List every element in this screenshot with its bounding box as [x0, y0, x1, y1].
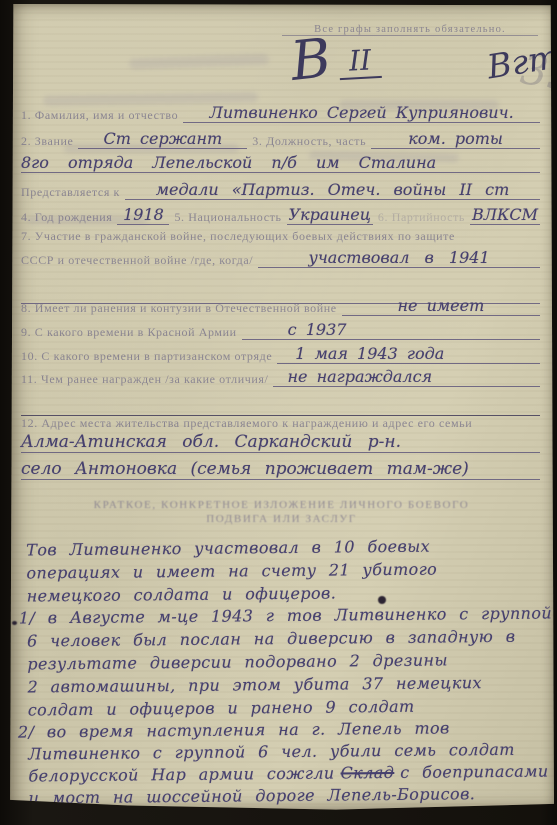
feat-text: солдат и офицеров и ранено 9 солдат	[28, 697, 415, 720]
field-row-war-participation-value: СССР и отечественной войне /где, когда/ …	[21, 246, 540, 268]
field-value: участвовал в 1941	[258, 248, 540, 268]
field-row-partisan-since: 10. С какого времени в партизанском отря…	[21, 342, 540, 364]
field-row-wounds: 8. Имеет ли ранения и контузии в Отечест…	[21, 294, 540, 316]
field-label: Представляется к	[21, 185, 120, 200]
crossed-out-word: Склад	[340, 763, 394, 783]
feat-text: 1/ в Августе м-це 1943 г тов Литвиненко …	[19, 603, 552, 627]
field-row-previous-awards: 11. Чем ранее награжден /за какие отличи…	[21, 365, 540, 387]
feat-text: результате диверсии подорвано 2 дрезины	[27, 650, 448, 673]
field-label: 10. С какого времени в партизанском отря…	[21, 349, 272, 364]
field-label: 2. Звание	[21, 134, 73, 149]
feat-line-with-strike: белорусской Нар армии сожглиСкладс боепр…	[28, 761, 551, 785]
field-label: 9. С какого времени в Красной Армии	[21, 325, 237, 340]
ink-blot	[378, 596, 386, 604]
feat-line: 6 человек был послан на диверсию в запад…	[27, 626, 550, 650]
field-value: 1 мая 1943 года	[277, 344, 540, 364]
feat-line: Тов Литвиненко участвовал в 10 боевых	[26, 535, 549, 559]
feat-text: операциях и имеет на счету 21 убитого	[26, 560, 437, 583]
feat-text: немецкого солдата и офицеров.	[27, 584, 337, 606]
feat-line: 2/ во время наступления на г. Лепель тов	[18, 717, 551, 741]
feat-line: Литвиненко с группой 6 чел. убили семь с…	[28, 739, 551, 763]
field-value: 8го отряда Лепельской п/б им Сталина	[21, 153, 540, 173]
field-label: СССР и отечественной войне /где, когда/	[21, 253, 253, 268]
field-label: 3. Должность, часть	[252, 134, 366, 149]
feat-line: немецкого солдата и офицеров.	[27, 581, 550, 605]
feat-text: белорусской Нар армии сожгли	[28, 764, 334, 786]
feat-line: операциях и имеет на счету 21 убитого	[26, 558, 549, 582]
feat-line: 1/ в Августе м-це 1943 г тов Литвиненко …	[19, 603, 550, 627]
feat-heading-line1: КРАТКОЕ, КОНКРЕТНОЕ ИЗЛОЖЕНИЕ ЛИЧНОГО БО…	[9, 499, 554, 511]
field-row-address-line1: Алма-Атинская обл. Саркандский р-н.	[21, 427, 540, 453]
field-value: не имеет	[342, 296, 540, 316]
field-value: село Антоновка (семья проживает там-же)	[21, 459, 540, 480]
field-label: 7. Участие в гражданской войне, последую…	[21, 229, 455, 244]
field-value: Ст сержант	[78, 129, 247, 149]
field-value: с 1937	[242, 320, 540, 340]
handwritten-grade-numeral: II	[338, 43, 382, 80]
field-label: 8. Имеет ли ранения и контузии в Отечест…	[21, 301, 337, 316]
field-row-address-line2: село Антоновка (семья проживает там-же)	[21, 454, 540, 480]
field-value: не награждался	[273, 367, 540, 387]
field-value: Алма-Атинская обл. Саркандский р-н.	[21, 432, 540, 453]
feat-text: 6 человек был послан на диверсию в запад…	[27, 627, 515, 651]
feat-text: Тов Литвиненко участвовал в 10 боевых	[26, 537, 430, 560]
field-value: ком. роты	[371, 129, 540, 149]
field-value: Литвиненко Сергей Куприянович.	[183, 103, 540, 123]
document-paper: Все графы заполнять обязательно. В II Вг…	[9, 4, 554, 812]
field-row-name: 1. Фамилия, имя и отчество Литвиненко Се…	[21, 101, 540, 123]
feat-text: Литвиненко с группой 6 чел. убили семь с…	[28, 740, 515, 764]
field-row-red-army-since: 9. С какого времени в Красной Армии с 19…	[21, 318, 540, 340]
field-row-rank-position: 2. Звание Ст сержант 3. Должность, часть…	[21, 127, 540, 149]
ink-blot	[12, 621, 17, 625]
field-value: медали «Партиз. Отеч. войны II ст	[125, 180, 540, 200]
field-row-award: Представляется к медали «Партиз. Отеч. в…	[21, 178, 540, 200]
field-row-unit: 8го отряда Лепельской п/б им Сталина	[21, 151, 540, 173]
feat-line: солдат и офицеров и ранено 9 солдат	[28, 695, 551, 719]
feat-text: с боеприпасами	[400, 761, 548, 781]
feat-heading-line2: ПОДВИГА ИЛИ ЗАСЛУГ	[9, 513, 554, 525]
feat-line: 2 автомашины, при этом убита 37 немецких	[27, 672, 550, 696]
feat-text: 2/ во время наступления на г. Лепель тов	[18, 718, 450, 741]
field-label: 11. Чем ранее награжден /за какие отличи…	[21, 372, 268, 387]
feat-line: и мост на шоссейной дороге Лепель-Борисо…	[29, 783, 552, 807]
feat-text: 2 автомашины, при этом убита 37 немецких	[27, 673, 482, 696]
ink-bleed-smudge	[129, 54, 269, 70]
field-row-war-participation-label: 7. Участие в гражданской войне, последую…	[21, 222, 540, 244]
handwritten-grade-letter: В	[288, 26, 334, 93]
feat-line: результате диверсии подорвано 2 дрезины	[27, 649, 550, 673]
field-label: 1. Фамилия, имя и отчество	[21, 108, 178, 123]
